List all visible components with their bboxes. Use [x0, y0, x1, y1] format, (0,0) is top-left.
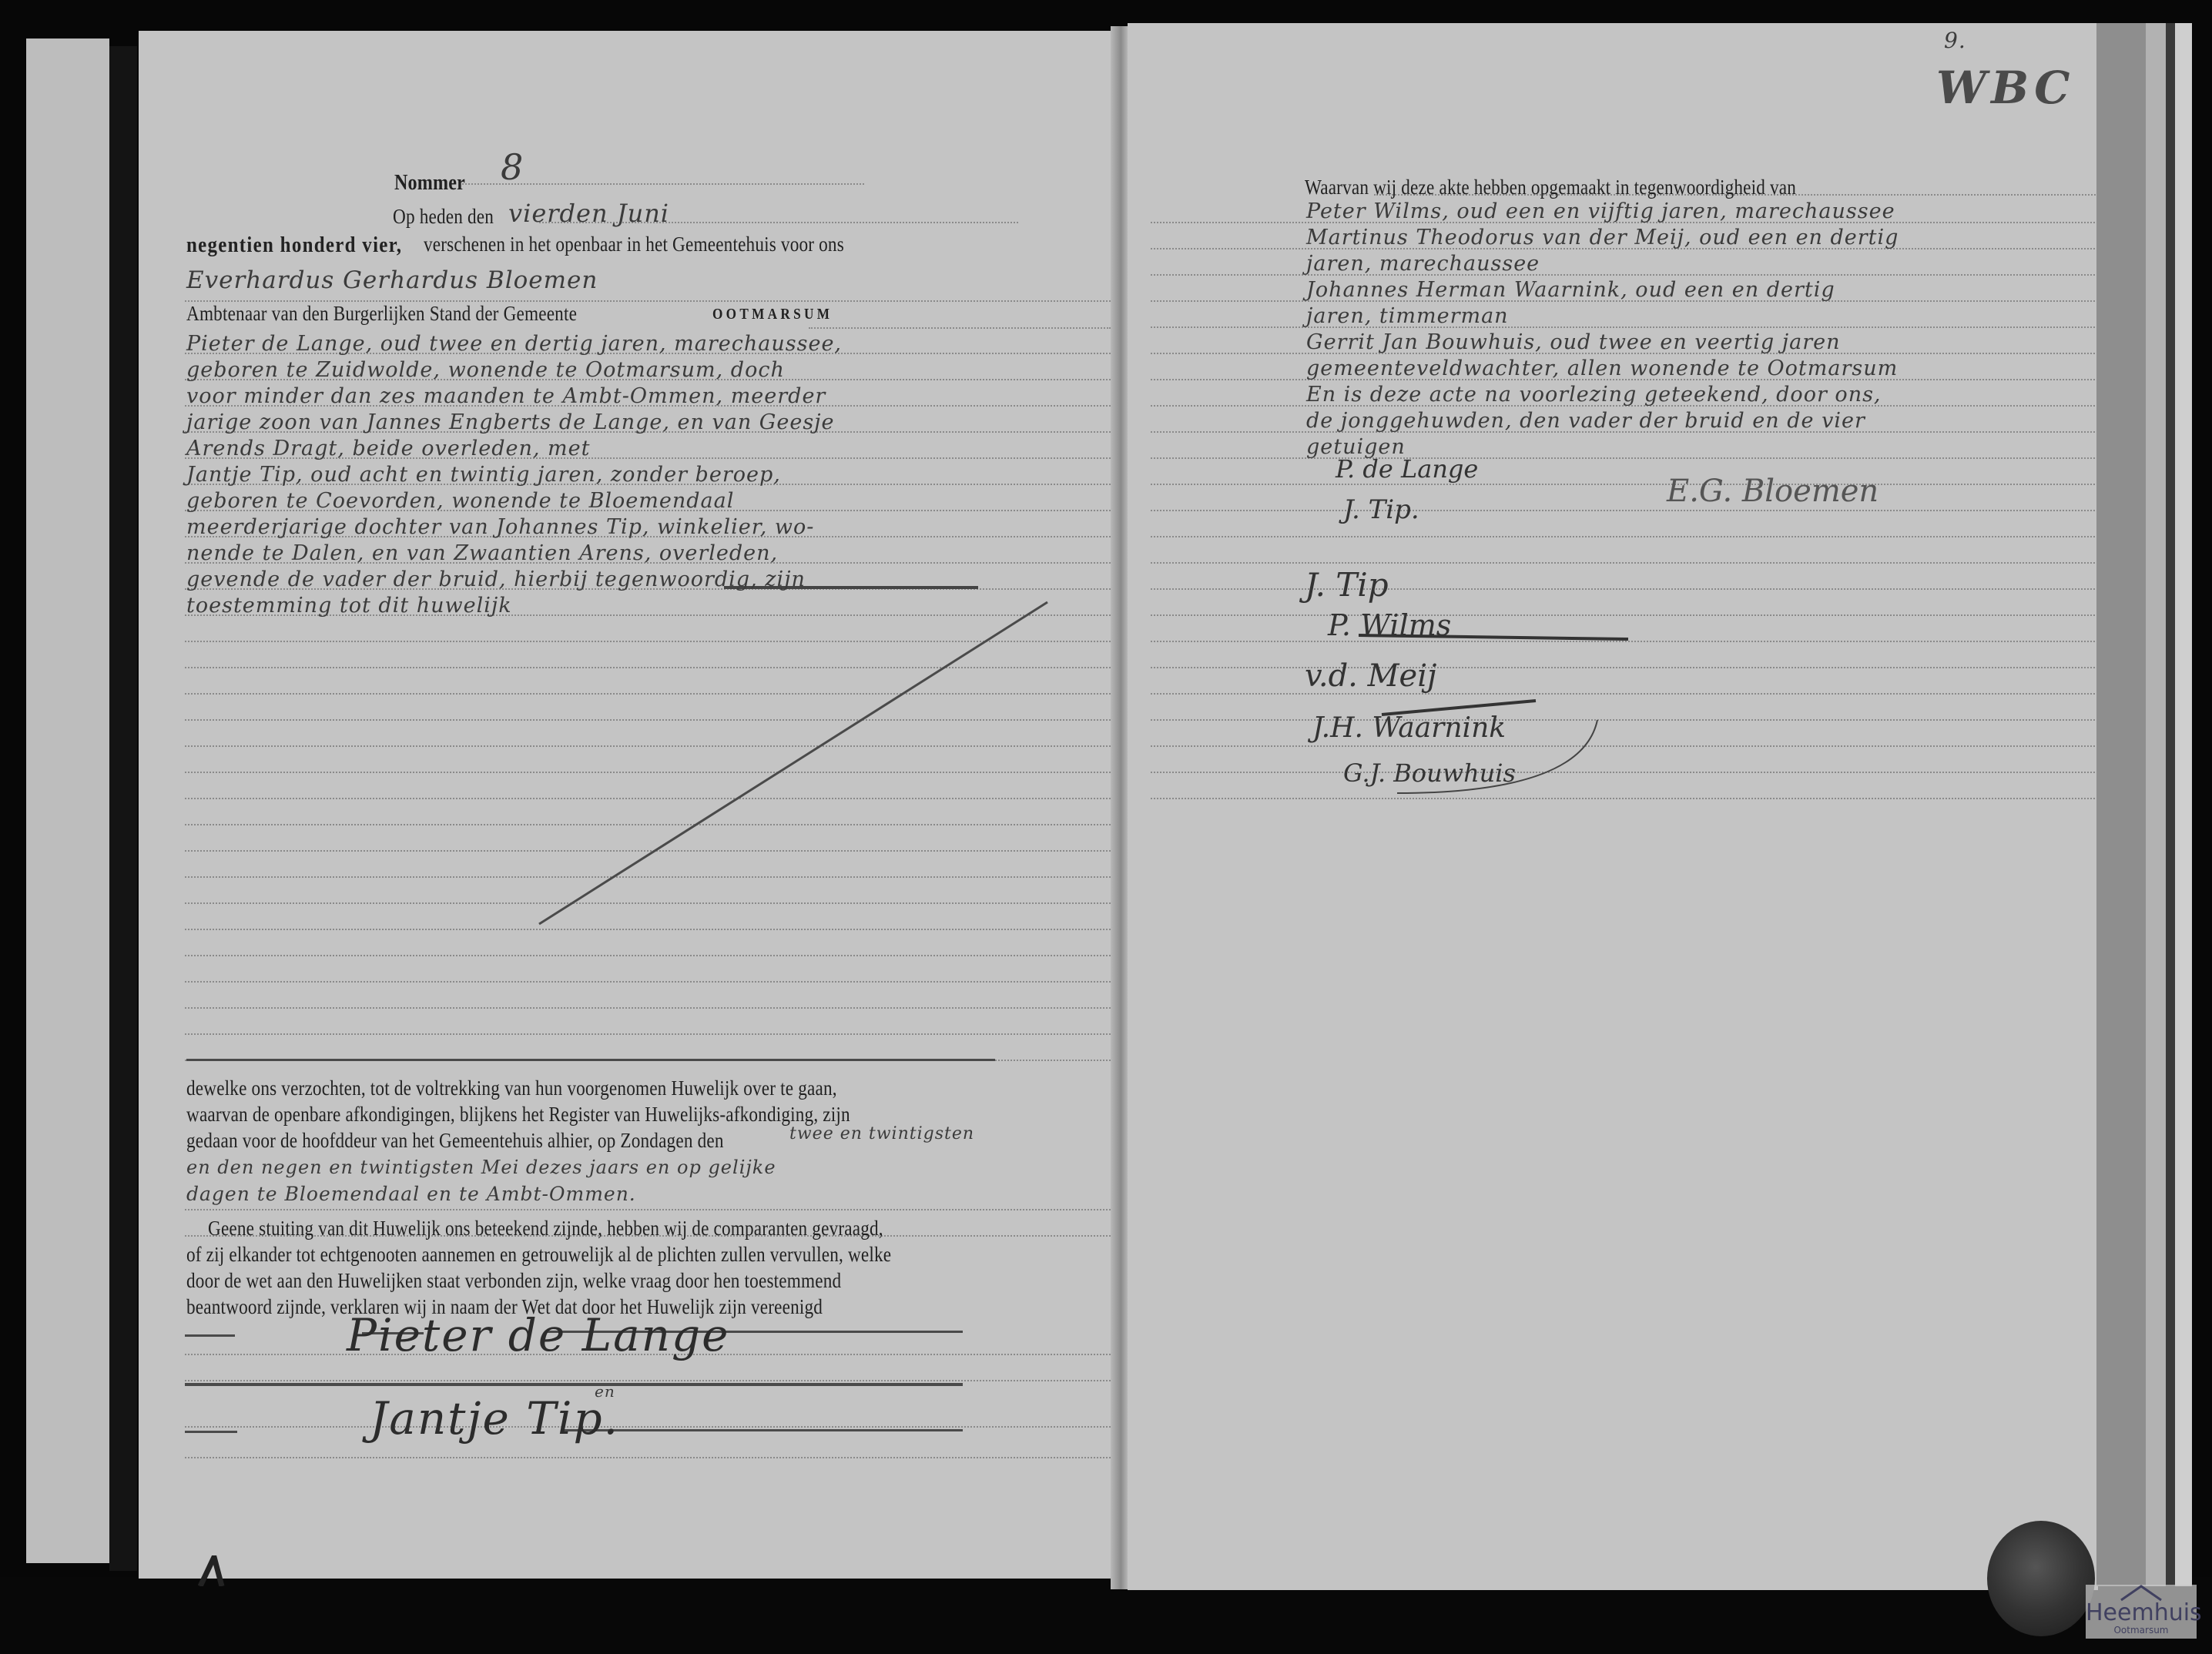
hand-line: gemeenteveldwachter, allen wonende te Oo… — [1306, 356, 1899, 382]
hand-line: Jantje Tip, oud acht en twintig jaren, z… — [186, 462, 842, 488]
signature-groom: P. de Lange — [1336, 454, 1478, 484]
hand-line: Pieter de Lange, oud twee en dertig jare… — [186, 331, 842, 357]
bride-name: Jantje Tip. — [370, 1392, 619, 1445]
page-number: 9. — [1944, 28, 1966, 53]
book-edge-shadow — [109, 46, 137, 1571]
hand-line: meerderjarige dochter van Johannes Tip, … — [186, 514, 842, 541]
rule-line — [1151, 588, 2098, 590]
rule-line — [1151, 614, 2098, 616]
handwritten-witnesses: Peter Wilms, oud een en vijftig jaren, m… — [1306, 199, 1899, 460]
roof-icon — [2118, 1585, 2164, 1602]
signature-bride: J. Tip. — [1343, 494, 1419, 525]
right-page: 9. WBC Waarvan wij deze akte hebben opge… — [1128, 23, 2098, 1590]
printed-line: Geene stuiting van dit Huwelijk ons bete… — [208, 1217, 883, 1240]
hand-line: jaren, timmerman — [1306, 303, 1899, 330]
official-title: Ambtenaar van den Burgerlijken Stand der… — [186, 302, 577, 326]
printed-line: of zij elkander tot echtgenooten aanneme… — [186, 1243, 891, 1267]
hand-line: En is deze acte na voorlezing geteekend,… — [1306, 382, 1899, 408]
heemhuis-watermark: Heemhuis Ootmarsum — [2086, 1585, 2197, 1639]
nummer-label: Nommer — [394, 171, 465, 196]
hand-line: Peter Wilms, oud een en vijftig jaren, m… — [1306, 199, 1899, 225]
hand-line: Gerrit Jan Bouwhuis, oud twee en veertig… — [1306, 330, 1899, 356]
year-printed: negentien honderd vier, — [186, 233, 402, 258]
rule-line — [1151, 484, 2098, 485]
hand-line: Johannes Herman Waarnink, oud een en der… — [1306, 277, 1899, 303]
clip-icon — [185, 1555, 277, 1586]
hand-line: jaren, marechaussee — [1306, 251, 1899, 277]
witness-intro: Waarvan wij deze akte hebben opgemaakt i… — [1305, 176, 1796, 199]
hand-line: geboren te Coevorden, wonende te Bloemen… — [186, 488, 842, 514]
date-intro: Op heden den — [393, 205, 494, 229]
gutter-strip — [2175, 23, 2192, 1586]
official-name: Everhardus Gerhardus Bloemen — [186, 266, 598, 294]
watermark-place: Ootmarsum — [2086, 1625, 2197, 1636]
hand-line: gevende de vader der bruid, hierbij tege… — [186, 567, 842, 593]
banns-date-1: twee en twintigsten — [789, 1124, 974, 1143]
rule-line — [1151, 562, 2098, 564]
printed-line: dewelke ons verzochten, tot de voltrekki… — [186, 1076, 837, 1100]
hand-line: de jonggehuwden, den vader der bruid en … — [1306, 408, 1899, 434]
groom-name: Pieter de Lange — [347, 1309, 729, 1361]
hand-line: nende te Dalen, en van Zwaantien Arens, … — [186, 541, 842, 567]
weight-object — [1987, 1521, 2095, 1636]
gutter-strip — [2166, 23, 2175, 1586]
municipality: OOTMARSUM — [712, 306, 833, 323]
nummer-value: 8 — [501, 146, 524, 188]
hand-line: jarige zoon van Jannes Engberts de Lange… — [186, 410, 842, 436]
rule-line — [1151, 536, 2098, 537]
printed-line: door de wet aan den Huwelijken staat ver… — [186, 1269, 841, 1293]
banns-date-3: dagen te Bloemendaal en te Ambt-Ommen. — [186, 1183, 636, 1205]
watermark-name: Heemhuis — [2086, 1602, 2197, 1625]
book-spine — [1111, 26, 1128, 1589]
banns-date-2: en den negen en twintigsten Mei dezes ja… — [186, 1157, 776, 1178]
printed-line: waarvan de openbare afkondigingen, blijk… — [186, 1103, 850, 1127]
hand-line: toestemming tot dit huwelijk — [186, 593, 842, 619]
book-edge-left — [26, 39, 109, 1563]
printed-line: gedaan voor de hoofddeur van het Gemeent… — [186, 1129, 724, 1153]
hand-line: voor minder dan zes maanden te Ambt-Omme… — [186, 383, 842, 410]
hand-line: Martinus Theodorus van der Meij, oud een… — [1306, 225, 1899, 251]
rule-line — [1151, 510, 2098, 511]
signature-flourishes — [1305, 624, 1690, 824]
handwritten-parties: Pieter de Lange, oud twee en dertig jare… — [186, 331, 842, 619]
wbc-stamp: WBC — [1936, 62, 2074, 114]
hand-line: Arends Dragt, beide overleden, met — [186, 436, 842, 462]
date-handwritten: vierden Juni — [508, 199, 669, 228]
left-page: Nommer 8 Op heden den vierden Juni negen… — [139, 31, 1111, 1579]
appearance-printed: verschenen in het openbaar in het Gemeen… — [424, 233, 844, 256]
hand-line: geboren te Zuidwolde, wonende te Ootmars… — [186, 357, 842, 383]
signature-father: J. Tip — [1305, 566, 1389, 604]
gutter-strip — [2096, 23, 2146, 1586]
signature-official: E.G. Bloemen — [1667, 474, 1879, 509]
